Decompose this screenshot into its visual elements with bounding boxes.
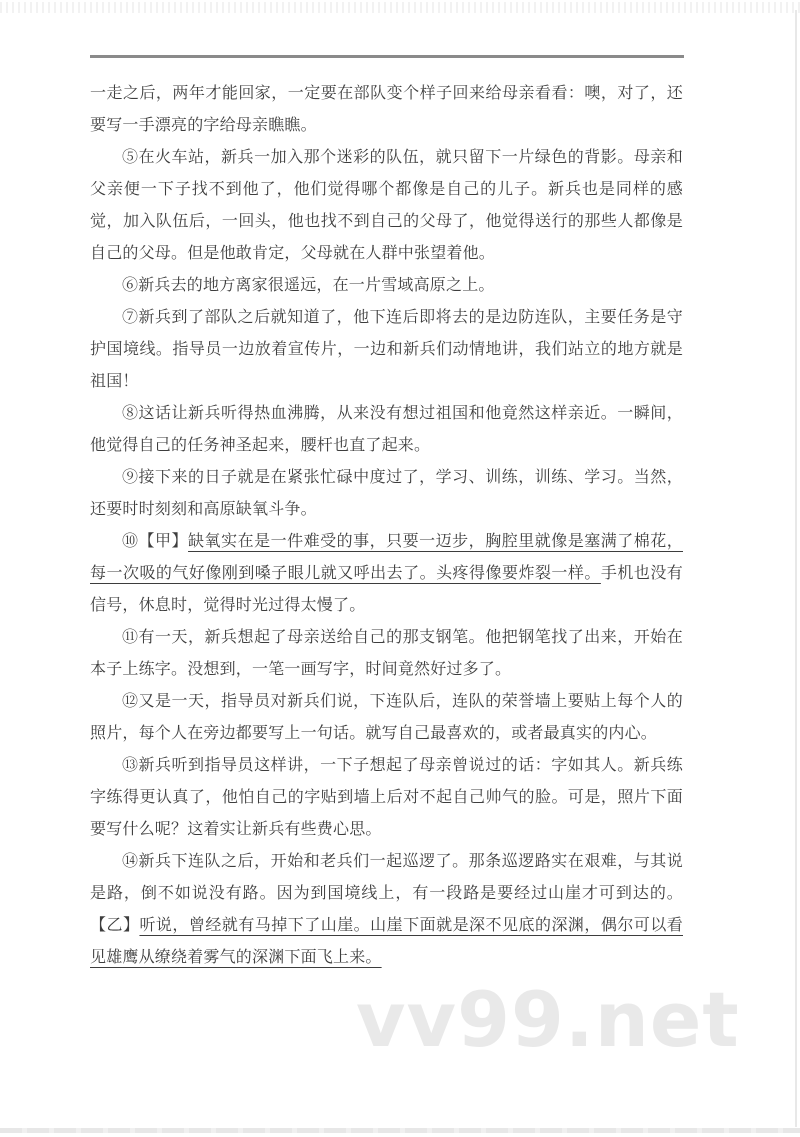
- text-segment: ⑦新兵到了部队之后就知道了，他下连后即将去的是边防连队，主要任务是守护国境线。指…: [90, 307, 683, 390]
- text-segment: ⑤在火车站，新兵一加入那个迷彩的队伍，就只留下一片绿色的背影。母亲和父亲便一下子…: [90, 147, 683, 262]
- paragraph: ⑤在火车站，新兵一加入那个迷彩的队伍，就只留下一片绿色的背影。母亲和父亲便一下子…: [90, 141, 683, 269]
- paragraph: ⑥新兵去的地方离家很遥远，在一片雪域高原之上。: [90, 269, 683, 301]
- paragraph: ⑬新兵听到指导员这样讲，一下子想起了母亲曾说过的话：字如其人。新兵练字练得更认真…: [90, 749, 683, 845]
- paragraph: ⑩【甲】缺氧实在是一件难受的事，只要一迈步，胸腔里就像是塞满了棉花，每一次吸的气…: [90, 525, 683, 621]
- text-segment: ⑪有一天，新兵想起了母亲送给自己的那支钢笔。他把钢笔找了出来，开始在本子上练字。…: [90, 627, 683, 678]
- text-segment: ⑧这话让新兵听得热血沸腾，从来没有想过祖国和他竟然这样亲近。一瞬间，他觉得自己的…: [90, 403, 683, 454]
- paragraph: ⑦新兵到了部队之后就知道了，他下连后即将去的是边防连队，主要任务是守护国境线。指…: [90, 301, 683, 397]
- paragraph: ⑪有一天，新兵想起了母亲送给自己的那支钢笔。他把钢笔找了出来，开始在本子上练字。…: [90, 621, 683, 685]
- page-edge-line: [795, 10, 797, 1127]
- paragraph: ⑫又是一天，指导员对新兵们说，下连队后，连队的荣誉墙上要贴上每个人的照片，每个人…: [90, 685, 683, 749]
- text-segment: ⑬新兵听到指导员这样讲，一下子想起了母亲曾说过的话：字如其人。新兵练字练得更认真…: [90, 755, 683, 838]
- document-page: 一走之后，两年才能回家，一定要在部队变个样子回来给母亲看看：噢，对了，还要写一手…: [0, 0, 800, 1137]
- paragraph: ⑭新兵下连队之后，开始和老兵们一起巡逻了。那条巡逻路实在艰难，与其说是路，倒不如…: [90, 845, 683, 973]
- text-segment: ⑫又是一天，指导员对新兵们说，下连队后，连队的荣誉墙上要贴上每个人的照片，每个人…: [90, 691, 683, 742]
- text-segment: 一走之后，两年才能回家，一定要在部队变个样子回来给母亲看看：噢，对了，还要写一手…: [90, 83, 683, 134]
- underlined-text: 听说，曾经就有马掉下了山崖。山崖下面就是深不见底的深渊，偶尔可以看见雄鹰从缭绕着…: [90, 915, 683, 966]
- text-segment: ⑩【甲】: [122, 531, 188, 550]
- paragraph: 一走之后，两年才能回家，一定要在部队变个样子回来给母亲看看：噢，对了，还要写一手…: [90, 77, 683, 141]
- header-rule: [90, 55, 684, 58]
- passage-content: 一走之后，两年才能回家，一定要在部队变个样子回来给母亲看看：噢，对了，还要写一手…: [90, 77, 683, 973]
- paragraph: ⑨接下来的日子就是在紧张忙碌中度过了，学习、训练，训练、学习。当然，还要时时刻刻…: [90, 461, 683, 525]
- perforation-edge-bottom: [0, 1128, 800, 1133]
- text-segment: ⑨接下来的日子就是在紧张忙碌中度过了，学习、训练，训练、学习。当然，还要时时刻刻…: [90, 467, 683, 518]
- watermark: vv99.net: [356, 982, 740, 1058]
- paragraph: ⑧这话让新兵听得热血沸腾，从来没有想过祖国和他竟然这样亲近。一瞬间，他觉得自己的…: [90, 397, 683, 461]
- text-segment: ⑥新兵去的地方离家很遥远，在一片雪域高原之上。: [122, 275, 495, 294]
- perforation-edge-top: [0, 2, 800, 13]
